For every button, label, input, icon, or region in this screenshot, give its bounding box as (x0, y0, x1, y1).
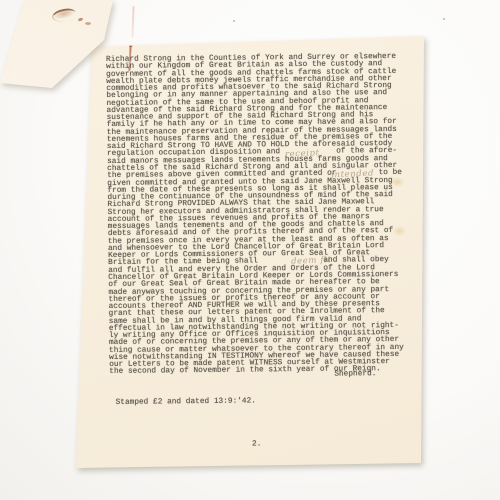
fold-shading (0, 0, 500, 500)
brown-stain-speck (85, 22, 91, 25)
folded-page-corner (0, 0, 500, 500)
folded-page-corner-wrap (0, 0, 500, 500)
photo-of-typewritten-document: Richard Strong in the Counties of York a… (0, 0, 500, 500)
